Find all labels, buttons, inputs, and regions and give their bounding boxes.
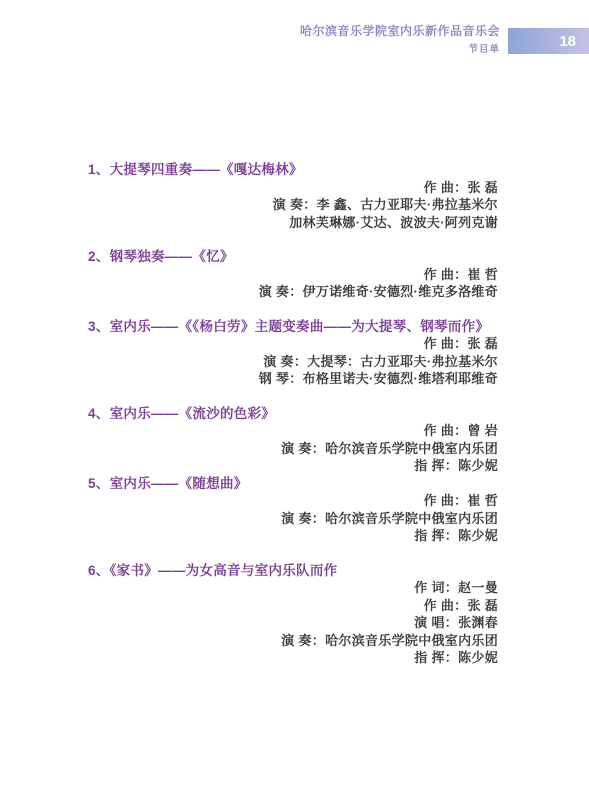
- credit-line: 作 曲：崔 哲: [88, 266, 498, 284]
- credit-line: 作 曲：崔 哲: [88, 492, 498, 510]
- page-header: 哈尔滨音乐学院室内乐新作品音乐会 节目单: [300, 24, 500, 55]
- credit-line: 指 挥：陈少妮: [88, 527, 498, 545]
- credit-line: 演 奏：大提琴：古力亚耶夫·弗拉基米尔: [88, 353, 498, 371]
- credit-line: 作 曲：张 磊: [88, 335, 498, 353]
- credit-line: 指 挥：陈少妮: [88, 649, 498, 667]
- program-item: 3、室内乐——《《杨白劳》主题变奏曲——为大提琴、钢琴而作》 作 曲：张 磊演 …: [88, 318, 498, 388]
- credit-line: 加林芙琳娜·艾达、波波夫·阿列克谢: [88, 214, 498, 232]
- page-number: 18: [559, 33, 576, 50]
- program-item-title: 3、室内乐——《《杨白劳》主题变奏曲——为大提琴、钢琴而作》: [88, 318, 498, 336]
- page-subtitle: 节目单: [300, 41, 500, 55]
- credit-line: 演 唱：张渊春: [88, 614, 498, 632]
- credit-line: 作 词：赵一曼: [88, 579, 498, 597]
- program-item-title: 1、大提琴四重奏——《嘎达梅林》: [88, 161, 498, 179]
- credit-line: 作 曲：张 磊: [88, 597, 498, 615]
- program-item: 1、大提琴四重奏——《嘎达梅林》 作 曲：张 磊演 奏：李 鑫、古力亚耶夫·弗拉…: [88, 161, 498, 231]
- program-list: 1、大提琴四重奏——《嘎达梅林》 作 曲：张 磊演 奏：李 鑫、古力亚耶夫·弗拉…: [88, 161, 498, 667]
- credit-line: 作 曲：曾 岩: [88, 422, 498, 440]
- program-item-title: 5、室内乐——《随想曲》: [88, 475, 498, 493]
- credit-line: 演 奏：哈尔滨音乐学院中俄室内乐团: [88, 632, 498, 650]
- credit-line: 演 奏：李 鑫、古力亚耶夫·弗拉基米尔: [88, 196, 498, 214]
- program-item: 6、《家书》——为女高音与室内乐队而作 作 词：赵一曼作 曲：张 磊演 唱：张渊…: [88, 562, 498, 667]
- program-item-title: 2、钢琴独奏——《忆》: [88, 248, 498, 266]
- credit-line: 指 挥：陈少妮: [88, 457, 498, 475]
- page-number-badge: 18: [508, 28, 589, 54]
- concert-title: 哈尔滨音乐学院室内乐新作品音乐会: [300, 24, 500, 38]
- program-item: 4、室内乐——《流沙的色彩》 作 曲：曾 岩演 奏：哈尔滨音乐学院中俄室内乐团指…: [88, 405, 498, 475]
- credit-line: 演 奏：哈尔滨音乐学院中俄室内乐团: [88, 440, 498, 458]
- program-item-title: 4、室内乐——《流沙的色彩》: [88, 405, 498, 423]
- program-item: 5、室内乐——《随想曲》 作 曲：崔 哲演 奏：哈尔滨音乐学院中俄室内乐团指 挥…: [88, 475, 498, 545]
- program-item: 2、钢琴独奏——《忆》 作 曲：崔 哲演 奏：伊万诺维奇·安德烈·维克多洛维奇: [88, 248, 498, 301]
- program-item-title: 6、《家书》——为女高音与室内乐队而作: [88, 562, 498, 580]
- credit-line: 作 曲：张 磊: [88, 179, 498, 197]
- credit-line: 演 奏：伊万诺维奇·安德烈·维克多洛维奇: [88, 283, 498, 301]
- credit-line: 钢 琴：布格里诺夫·安德烈·维塔利耶维奇: [88, 370, 498, 388]
- credit-line: 演 奏：哈尔滨音乐学院中俄室内乐团: [88, 510, 498, 528]
- program-page: 哈尔滨音乐学院室内乐新作品音乐会 节目单 18 1、大提琴四重奏——《嘎达梅林》…: [0, 0, 589, 800]
